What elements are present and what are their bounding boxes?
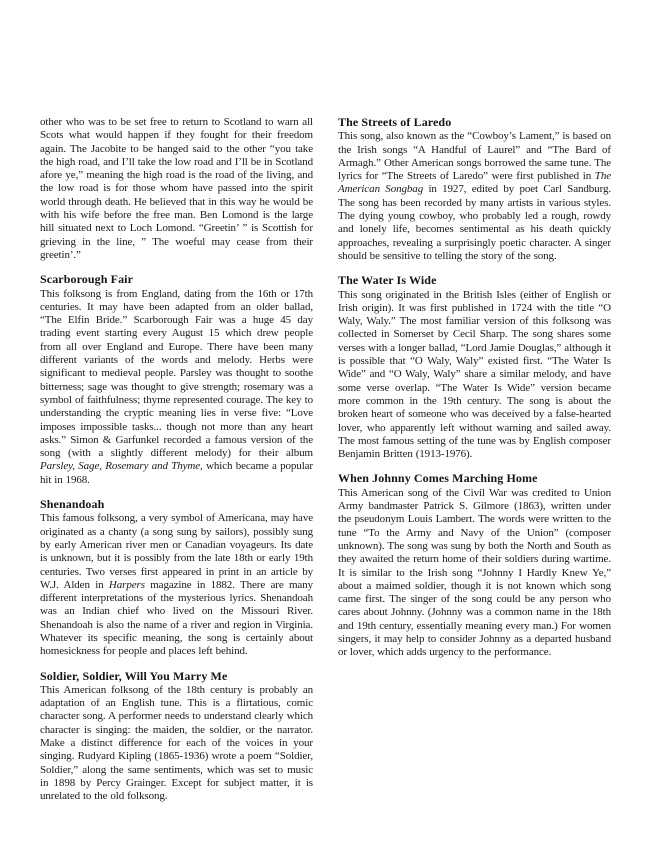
- section-paragraph: This American folksong of the 18th centu…: [40, 684, 313, 804]
- text-run: This song, also known as the “Cowboy’s L…: [338, 130, 611, 182]
- text-run: This song originated in the British Isle…: [338, 289, 611, 461]
- italic-title-text: Parsley, Sage, Rosemary and Thyme: [40, 460, 200, 472]
- song-section: The Streets of LaredoThis song, also kno…: [338, 116, 611, 263]
- section-paragraph: This American song of the Civil War was …: [338, 487, 611, 660]
- section-heading: When Johnny Comes Marching Home: [338, 472, 611, 485]
- song-section: Scarborough FairThis folksong is from En…: [40, 273, 313, 487]
- section-paragraph: This song, also known as the “Cowboy’s L…: [338, 130, 611, 263]
- section-heading: The Water Is Wide: [338, 274, 611, 287]
- section-paragraph: This song originated in the British Isle…: [338, 289, 611, 462]
- text-run: other who was to be set free to return t…: [40, 116, 313, 261]
- italic-title-text: Harpers: [109, 579, 145, 591]
- text-run: This folksong is from England, dating fr…: [40, 288, 313, 460]
- song-section: The Water Is WideThis song originated in…: [338, 274, 611, 461]
- text-run: This American song of the Civil War was …: [338, 487, 611, 659]
- section-paragraph: other who was to be set free to return t…: [40, 116, 313, 262]
- song-section: When Johnny Comes Marching HomeThis Amer…: [338, 472, 611, 659]
- song-section: other who was to be set free to return t…: [40, 116, 313, 262]
- section-heading: Scarborough Fair: [40, 273, 313, 286]
- left-column: other who was to be set free to return t…: [40, 116, 313, 864]
- document-page: other who was to be set free to return t…: [0, 0, 648, 864]
- section-heading: The Streets of Laredo: [338, 116, 611, 129]
- section-paragraph: This famous folksong, a very symbol of A…: [40, 512, 313, 658]
- section-paragraph: This folksong is from England, dating fr…: [40, 288, 313, 487]
- song-section: Soldier, Soldier, Will You Marry MeThis …: [40, 670, 313, 804]
- song-section: ShenandoahThis famous folksong, a very s…: [40, 498, 313, 659]
- section-heading: Soldier, Soldier, Will You Marry Me: [40, 670, 313, 683]
- right-column: The Streets of LaredoThis song, also kno…: [338, 116, 611, 864]
- text-run: This American folksong of the 18th centu…: [40, 684, 313, 802]
- section-heading: Shenandoah: [40, 498, 313, 511]
